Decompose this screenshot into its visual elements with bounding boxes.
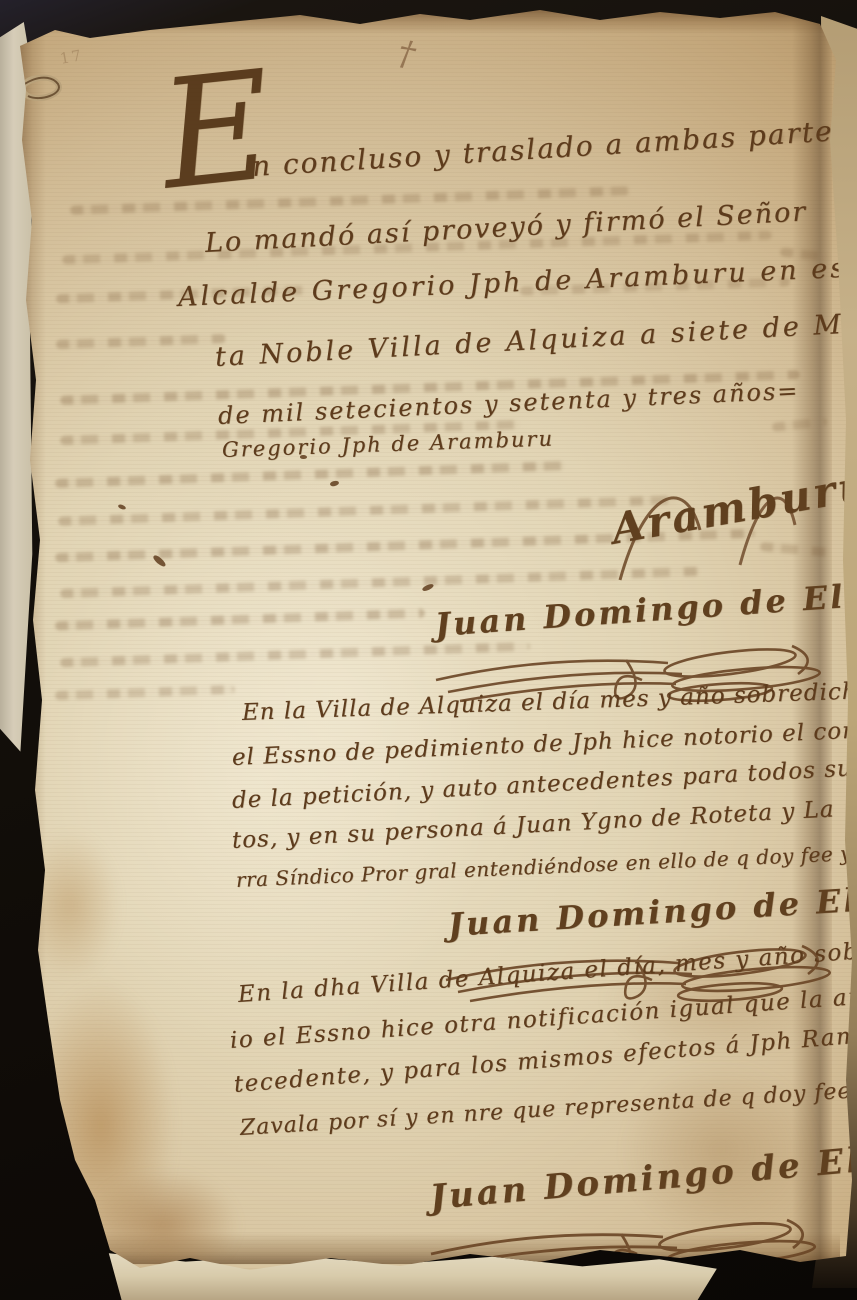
decorated-initial: E [154,51,281,212]
manuscript-page: † 17 E n concluso y traslado a ambas par… [0,0,857,1300]
photograph-of-manuscript: † 17 E n concluso y traslado a ambas par… [0,0,857,1300]
stain [20,830,120,980]
torn-top-edge [14,8,830,34]
